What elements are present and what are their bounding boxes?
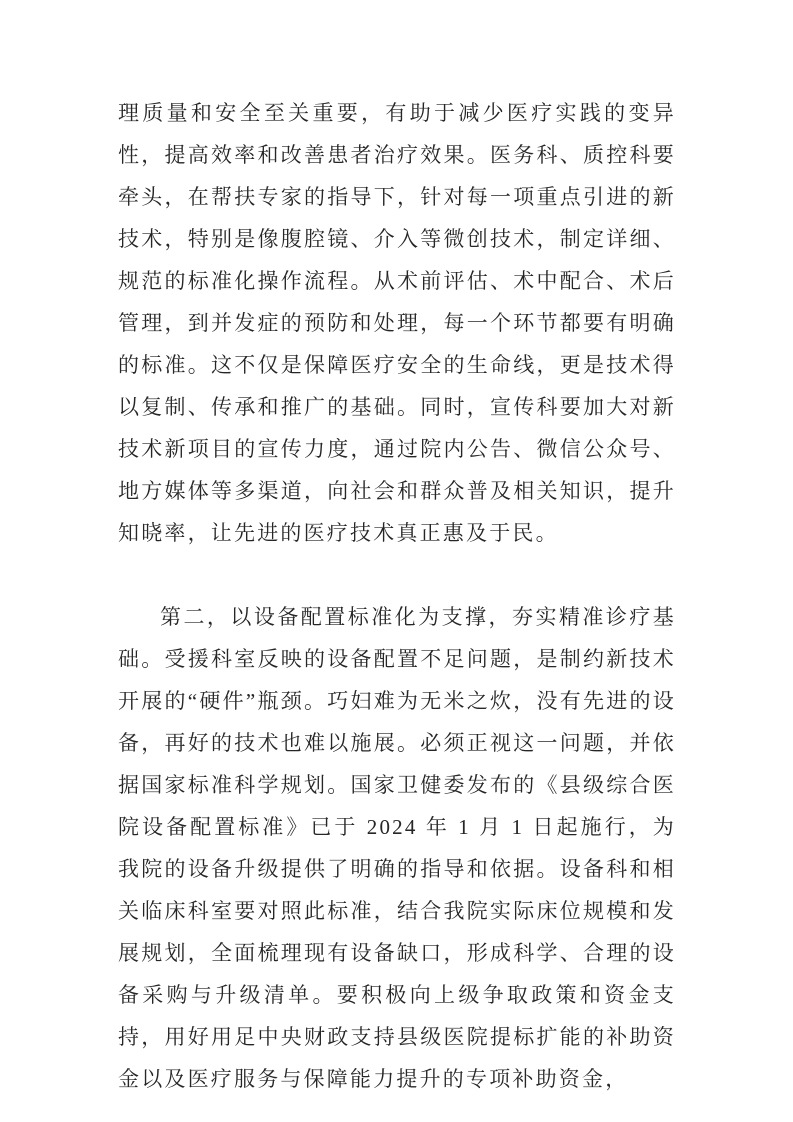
document-text-block: 理质量和安全至关重要，有助于减少医疗实践的变异性，提高效率和改善患者治疗效果。医… <box>118 92 676 1100</box>
document-page: 理质量和安全至关重要，有助于减少医疗实践的变异性，提高效率和改善患者治疗效果。医… <box>0 0 793 1122</box>
paragraph-continuation: 理质量和安全至关重要，有助于减少医疗实践的变异性，提高效率和改善患者治疗效果。医… <box>118 92 676 554</box>
paragraph-second-section: 第二，以设备配置标准化为支撑，夯实精准诊疗基础。受援科室反映的设备配置不足问题，… <box>118 596 676 1100</box>
